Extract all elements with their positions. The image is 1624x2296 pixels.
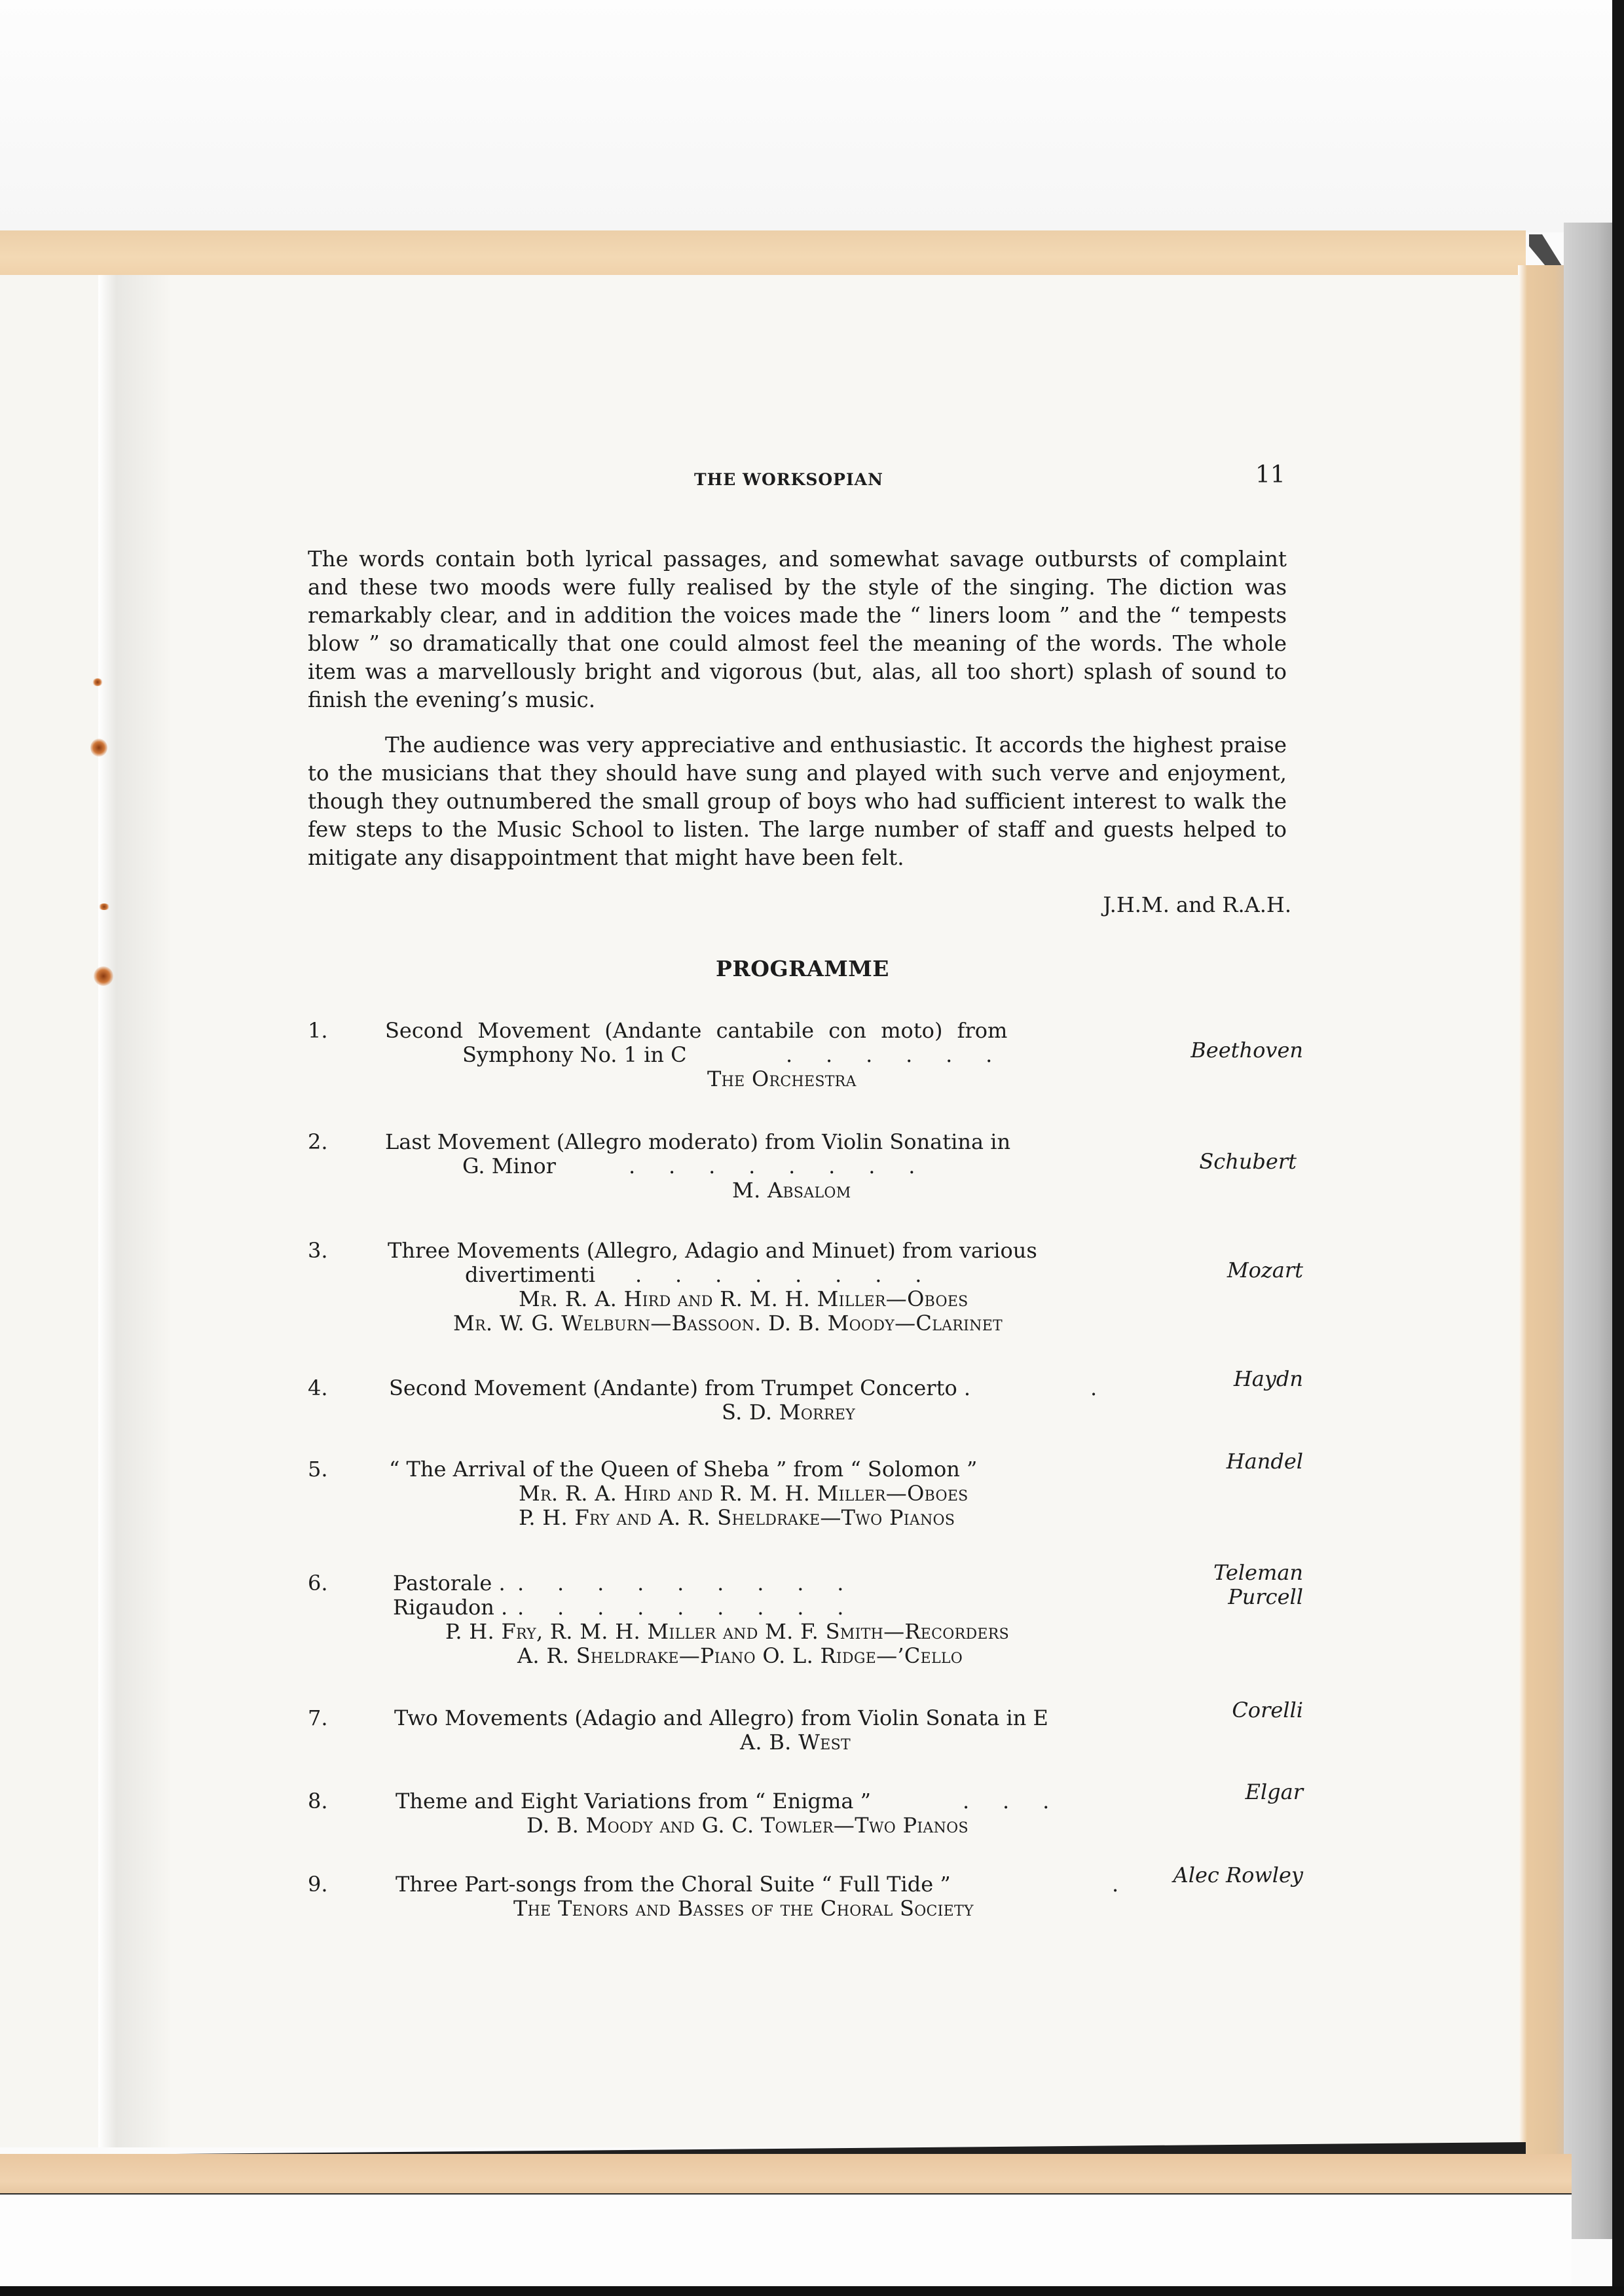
piece-title: Three Part-songs from the Choral Suite “… <box>396 1872 951 1897</box>
performers: Mr. R. A. Hird and R. M. H. Miller—Oboes <box>519 1482 969 1506</box>
leader-dots: . . . . . . . . . <box>517 1571 843 1595</box>
composer-name: Handel <box>1227 1449 1303 1474</box>
programme-title: PROGRAMME <box>716 956 889 981</box>
piece-title: Rigaudon . <box>393 1595 507 1620</box>
item-number: 1. <box>308 1019 347 1043</box>
performers: P. H. Fry and A. R. Sheldrake—Two Pianos <box>519 1506 955 1530</box>
leader-dots: . . . <box>963 1789 1049 1813</box>
performers: P. H. Fry, R. M. H. Miller and M. F. Smi… <box>445 1620 1009 1644</box>
foxing-stain <box>94 966 113 986</box>
programme-item: 8. Theme and Eight Variations from “ Eni… <box>308 1789 1303 1842</box>
programme-item: 6. Pastorale . . . . . . . . . . Rigaudo… <box>308 1571 1303 1676</box>
performers: Mr. R. A. Hird and R. M. H. Miller—Oboes <box>519 1287 969 1311</box>
leader-dots: . . . . . . . . <box>629 1154 915 1178</box>
book-cover-bottom-edge <box>0 2154 1572 2196</box>
leader-dots: . <box>1090 1376 1097 1400</box>
leader-dots: . . . . . . . . <box>635 1263 921 1287</box>
piece-title: Second Movement (Andante) from Trumpet C… <box>389 1376 970 1400</box>
piece-title: “ The Arrival of the Queen of Sheba ” fr… <box>389 1457 977 1482</box>
foxing-stain <box>90 738 107 757</box>
composer-name: Teleman <box>1213 1561 1303 1585</box>
item-number: 9. <box>308 1872 347 1897</box>
performers: M. Absalom <box>732 1178 851 1203</box>
programme-item: 4. Second Movement (Andante) from Trumpe… <box>308 1376 1303 1429</box>
programme-item: 7. Two Movements (Adagio and Allegro) fr… <box>308 1706 1303 1758</box>
item-number: 3. <box>308 1239 347 1263</box>
programme-item: 2. Last Movement (Allegro moderato) from… <box>308 1130 1303 1209</box>
piece-title: Symphony No. 1 in C <box>462 1043 687 1067</box>
item-number: 4. <box>308 1376 347 1400</box>
piece-title: Two Movements (Adagio and Allegro) from … <box>394 1706 1048 1730</box>
facing-page-sliver <box>0 275 108 2147</box>
piece-title: Last Movement (Allegro moderato) from Vi… <box>385 1130 1010 1154</box>
programme-item: 9. Three Part-songs from the Choral Suit… <box>308 1872 1303 1925</box>
item-number: 7. <box>308 1706 347 1730</box>
page-number: 11 <box>1255 462 1285 488</box>
item-number: 2. <box>308 1130 347 1154</box>
scan-background-top <box>0 0 1624 232</box>
scan-background-bottom <box>0 2195 1572 2289</box>
item-number: 5. <box>308 1457 347 1482</box>
performers: The Tenors and Basses of the Choral Soci… <box>513 1897 974 1921</box>
piece-title: G. Minor <box>462 1154 556 1178</box>
composer-name: Alec Rowley <box>1173 1863 1303 1887</box>
piece-title: divertimenti <box>465 1263 595 1287</box>
article-paragraph: The words contain both lyrical passages,… <box>308 545 1287 714</box>
leader-dots: . . . . . . <box>786 1043 992 1067</box>
page-gutter-shadow <box>98 275 170 2147</box>
leader-dots: . <box>1112 1872 1118 1897</box>
composer-name: Beethoven <box>1190 1038 1303 1063</box>
item-number: 6. <box>308 1571 347 1595</box>
running-head: THE WORKSOPIAN <box>694 470 883 489</box>
composer-name: Elgar <box>1246 1780 1303 1804</box>
piece-title: Theme and Eight Variations from “ Enigma… <box>396 1789 871 1813</box>
performers: A. R. Sheldrake—Piano O. L. Ridge—’Cello <box>517 1644 963 1668</box>
foxing-stain <box>92 678 103 686</box>
performers: D. B. Moody and G. C. Towler—Two Pianos <box>526 1813 969 1838</box>
piece-title: Pastorale . <box>393 1571 506 1595</box>
programme-item: 5. “ The Arrival of the Queen of Sheba ”… <box>308 1457 1303 1536</box>
scanner-shadow-right <box>1564 223 1613 2239</box>
performers: Mr. W. G. Welburn—Bassoon. D. B. Moody—C… <box>453 1311 1003 1336</box>
foxing-stain <box>98 903 110 910</box>
programme-item: 3. Three Movements (Allegro, Adagio and … <box>308 1239 1303 1343</box>
scanner-edge-right <box>1612 0 1624 2296</box>
leader-dots: . . . . . . . . . <box>517 1595 843 1620</box>
piece-title: Second Movement (Andante cantabile con m… <box>385 1019 1007 1043</box>
composer-name: Haydn <box>1234 1367 1303 1391</box>
performers: A. B. West <box>740 1730 851 1755</box>
performers: S. D. Morrey <box>722 1400 855 1425</box>
performers: The Orchestra <box>707 1067 857 1091</box>
author-initials: J.H.M. and R.A.H. <box>1061 892 1291 917</box>
piece-title: Three Movements (Allegro, Adagio and Min… <box>388 1239 1037 1263</box>
composer-name: Purcell <box>1228 1585 1303 1609</box>
book-cover-top-edge <box>0 230 1526 275</box>
item-number: 8. <box>308 1789 347 1813</box>
scanner-edge-bottom <box>0 2286 1624 2296</box>
article-paragraph: The audience was very appreciative and e… <box>308 731 1287 872</box>
composer-name: Schubert <box>1199 1150 1297 1174</box>
composer-name: Mozart <box>1227 1258 1303 1283</box>
programme-item: 1. Second Movement (Andante cantabile co… <box>308 1019 1303 1097</box>
composer-name: Corelli <box>1232 1698 1303 1722</box>
book-cover-right-edge <box>1518 265 1564 2193</box>
